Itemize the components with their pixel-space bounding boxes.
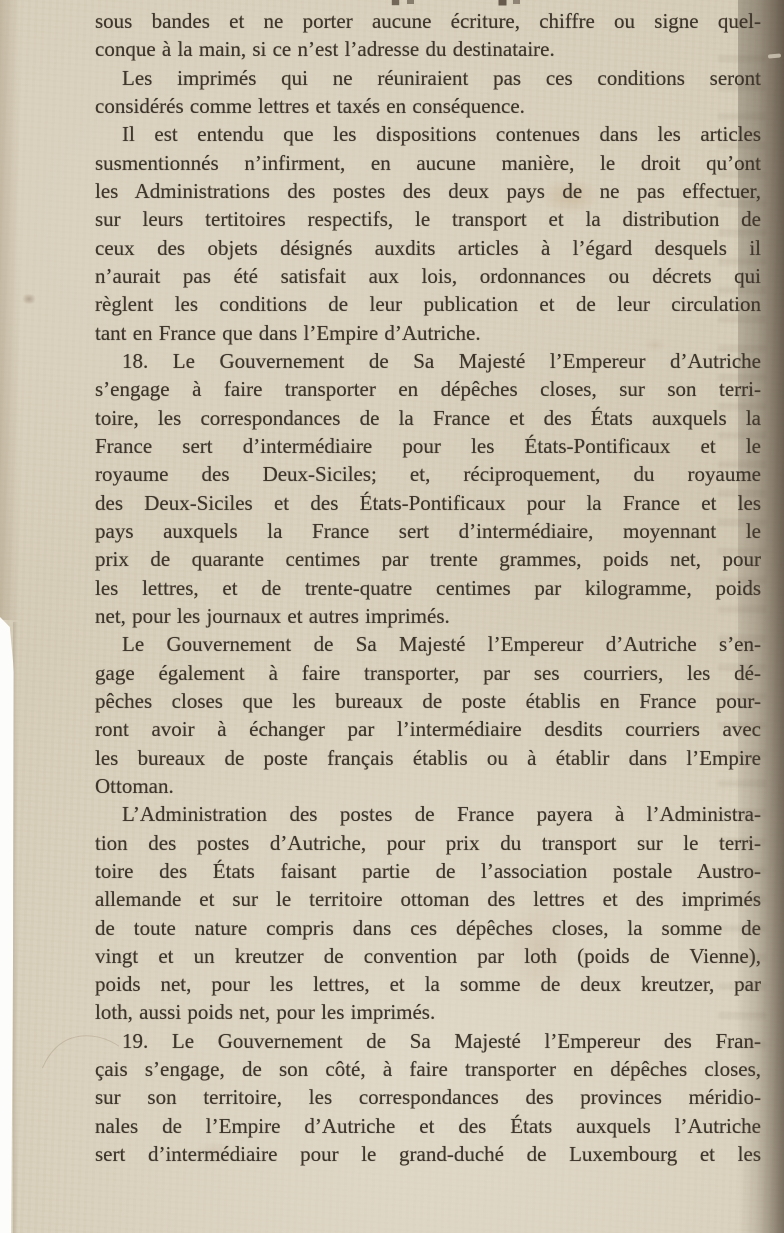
text-line: tant en France que dans l’Empire d’Autri… — [95, 319, 761, 347]
text-line-content: n’aurait pas été satisfait aux lois, ord… — [95, 264, 761, 288]
text-line-content: Ottoman. — [95, 774, 174, 798]
text-line-content: gage également à faire transporter, par … — [95, 661, 761, 685]
text-line: de toute nature compris dans ces dépêche… — [95, 914, 761, 942]
text-line: s’engage à faire transporter en dépêches… — [95, 375, 761, 403]
text-line: vingt et un kreutzer de convention par l… — [95, 942, 761, 970]
text-line-content: s’engage à faire transporter en dépêches… — [95, 377, 761, 401]
text-line: 18. Le Gouvernement de Sa Majesté l’Empe… — [95, 347, 761, 375]
text-line: nales de l’Empire d’Autriche et des État… — [95, 1112, 761, 1140]
text-line: sous bandes et ne porter aucune écriture… — [95, 7, 761, 35]
text-line-content: France sert d’intermédiaire pour les Éta… — [95, 434, 761, 458]
text-line: sur son territoire, les correspondances … — [95, 1083, 761, 1111]
text-line-content: ront avoir à échanger par l’intermédiair… — [95, 717, 761, 741]
text-line: royaume des Deux-Siciles; et, réciproque… — [95, 460, 761, 488]
text-line-content: règlent les conditions de leur publicati… — [95, 292, 761, 316]
text-line: des Deux-Siciles et des États-Pontificau… — [95, 489, 761, 517]
text-line-content: 18. Le Gouvernement de Sa Majesté l’Empe… — [122, 349, 761, 373]
text-line: les lettres, et de trente-quatre centime… — [95, 574, 761, 602]
text-line-content: sur leurs tertitoires respectifs, le tra… — [95, 207, 761, 231]
text-line: les Administrations des postes des deux … — [95, 177, 761, 205]
text-line: règlent les conditions de leur publicati… — [95, 290, 761, 318]
text-line: Le Gouvernement de Sa Majesté l’Empereur… — [95, 630, 761, 658]
text-line: les bureaux de poste français établis ou… — [95, 744, 761, 772]
text-line: gage également à faire transporter, par … — [95, 659, 761, 687]
text-line: ceux des objets désignés auxdits article… — [95, 234, 761, 262]
text-line-content: sur son territoire, les correspondances … — [95, 1085, 761, 1109]
text-line-content: Le Gouvernement de Sa Majesté l’Empereur… — [122, 632, 761, 656]
text-line-content: tion des postes d’Autriche, pour prix du… — [95, 831, 761, 855]
text-line-content: les bureaux de poste français établis ou… — [95, 746, 761, 770]
clipped-text-remnant — [0, 0, 5, 3]
text-line-content: allemande et sur le territoire ottoman d… — [95, 887, 761, 911]
book-gutter-shadow — [738, 0, 784, 1233]
text-line: toire, les correspondances de la France … — [95, 404, 761, 432]
text-line: prix de quarante centimes par trente gra… — [95, 545, 761, 573]
text-line-content: les lettres, et de trente-quatre centime… — [95, 576, 761, 600]
text-line-content: des Deux-Siciles et des États-Pontificau… — [95, 491, 761, 515]
text-line: ront avoir à échanger par l’intermédiair… — [95, 715, 761, 743]
text-line: allemande et sur le territoire ottoman d… — [95, 885, 761, 913]
text-line: L’Administration des postes de France pa… — [95, 800, 761, 828]
text-line-content: conque à la main, si ce n’est l’adresse … — [95, 37, 555, 61]
text-line-content: Il est entendu que les dispositions cont… — [122, 122, 761, 146]
page-text: sous bandes et ne porter aucune écriture… — [95, 7, 761, 1168]
text-line: toire des États faisant partie de l’asso… — [95, 857, 761, 885]
text-line: France sert d’intermédiaire pour les Éta… — [95, 432, 761, 460]
text-line-content: de toute nature compris dans ces dépêche… — [95, 916, 761, 940]
paper-edge-shadow — [13, 622, 18, 1233]
text-line: 19. Le Gouvernement de Sa Majesté l’Empe… — [95, 1027, 761, 1055]
text-line-content: nales de l’Empire d’Autriche et des État… — [95, 1114, 761, 1138]
text-line-content: 19. Le Gouvernement de Sa Majesté l’Empe… — [122, 1029, 761, 1053]
text-line: Il est entendu que les dispositions cont… — [95, 120, 761, 148]
text-line: tion des postes d’Autriche, pour prix du… — [95, 829, 761, 857]
text-line-content: susmentionnés n’infirment, en aucune man… — [95, 151, 761, 175]
text-line: çais s’engage, de son côté, à faire tran… — [95, 1055, 761, 1083]
text-line: sert d’intermédiaire pour le grand-duché… — [95, 1140, 761, 1168]
scanned-book-page: sous bandes et ne porter aucune écriture… — [0, 0, 784, 1233]
text-line: susmentionnés n’infirment, en aucune man… — [95, 149, 761, 177]
text-line-content: pêches closes que les bureaux de poste é… — [95, 689, 761, 713]
text-line-content: sous bandes et ne porter aucune écriture… — [95, 9, 761, 33]
text-line: considérés comme lettres et taxés en con… — [95, 92, 761, 120]
text-line-content: loth, aussi poids net, pour les imprimés… — [95, 1000, 435, 1024]
text-line-content: sert d’intermédiaire pour le grand-duché… — [95, 1142, 761, 1166]
text-line-content: considérés comme lettres et taxés en con… — [95, 94, 525, 118]
text-line: sur leurs tertitoires respectifs, le tra… — [95, 205, 761, 233]
text-line-content: les Administrations des postes des deux … — [95, 179, 761, 203]
text-line-content: Les imprimés qui ne réuniraient pas ces … — [122, 66, 761, 90]
text-line-content: royaume des Deux-Siciles; et, réciproque… — [95, 462, 761, 486]
text-line-content: toire des États faisant partie de l’asso… — [95, 859, 761, 883]
text-line-content: toire, les correspondances de la France … — [95, 406, 761, 430]
text-line-content: vingt et un kreutzer de convention par l… — [95, 944, 761, 968]
text-line: Ottoman. — [95, 772, 761, 800]
text-line-content: tant en France que dans l’Empire d’Autri… — [95, 321, 481, 345]
text-line-content: L’Administration des postes de France pa… — [122, 802, 761, 826]
text-line-content: net, pour les journaux et autres imprimé… — [95, 604, 450, 628]
text-line-content: poids net, pour les lettres, et la somme… — [95, 972, 761, 996]
text-line-content: çais s’engage, de son côté, à faire tran… — [95, 1057, 761, 1081]
text-line: pêches closes que les bureaux de poste é… — [95, 687, 761, 715]
text-line-content: ceux des objets désignés auxdits article… — [95, 236, 761, 260]
text-line-content: pays auxquels la France sert d’intermédi… — [95, 519, 761, 543]
text-line: poids net, pour les lettres, et la somme… — [95, 970, 761, 998]
text-line-content: prix de quarante centimes par trente gra… — [95, 547, 761, 571]
text-line: loth, aussi poids net, pour les imprimés… — [95, 998, 761, 1026]
text-line: Les imprimés qui ne réuniraient pas ces … — [95, 64, 761, 92]
text-line: net, pour les journaux et autres imprimé… — [95, 602, 761, 630]
text-line: pays auxquels la France sert d’intermédi… — [95, 517, 761, 545]
text-line: conque à la main, si ce n’est l’adresse … — [95, 35, 761, 63]
text-line: n’aurait pas été satisfait aux lois, ord… — [95, 262, 761, 290]
